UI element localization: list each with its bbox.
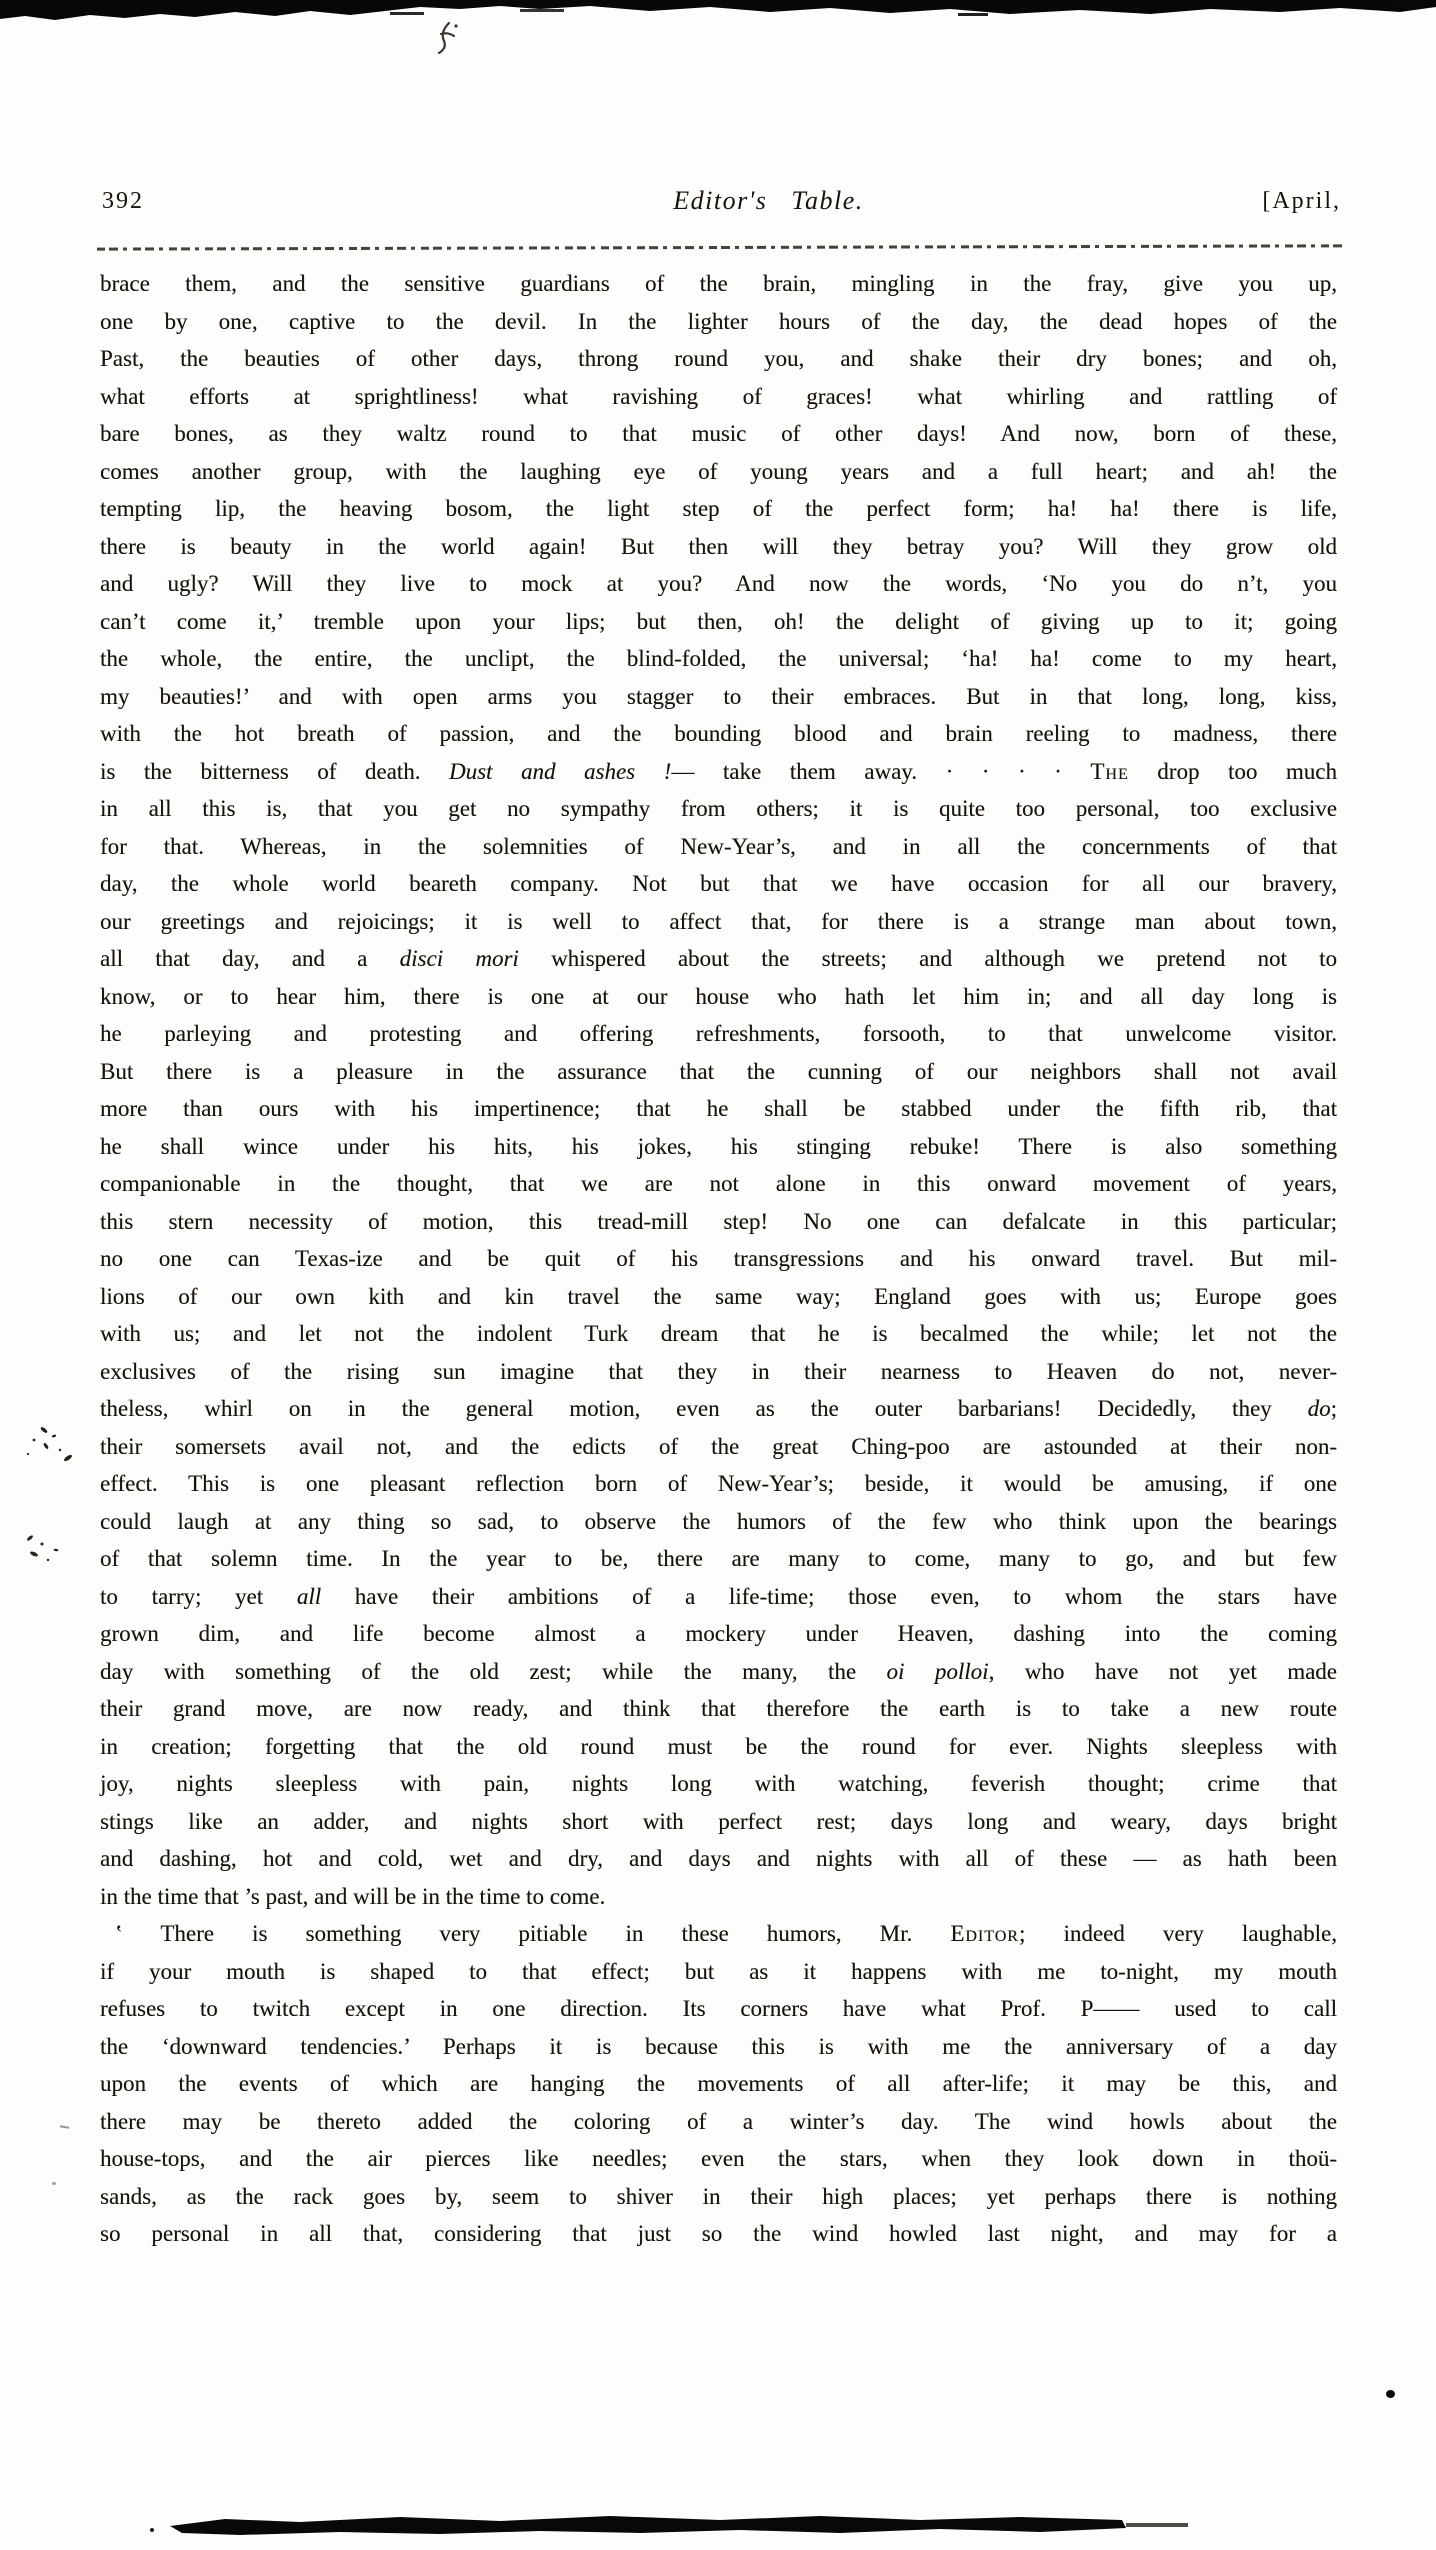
text-line: and dashing, hot and cold, wet and dry, … (100, 1840, 1337, 1878)
text-line: stings like an adder, and nights short w… (100, 1803, 1337, 1841)
text-line: Past, the beauties of other days, throng… (100, 340, 1337, 378)
page-header: 392 Editor's Table. [April, (100, 186, 1341, 222)
text-line: effect. This is one pleasant reflection … (100, 1465, 1337, 1503)
text-line: with the hot breath of passion, and the … (100, 715, 1337, 753)
text-line: this stern necessity of motion, this tre… (100, 1203, 1337, 1241)
text-line: there is beauty in the world again! But … (100, 528, 1337, 566)
issue-date: [April, (1262, 188, 1341, 215)
text-line: can’t come it,’ tremble upon your lips; … (100, 603, 1337, 641)
text-line: one by one, captive to the devil. In the… (100, 303, 1337, 341)
text-line: their grand move, are now ready, and thi… (100, 1690, 1337, 1728)
text-line: theless, whirl on in the general motion,… (100, 1390, 1337, 1428)
text-line: know, or to hear him, there is one at ou… (100, 978, 1337, 1016)
text-line: the whole, the entire, the unclipt, the … (100, 640, 1337, 678)
text-line: refuses to twitch except in one directio… (100, 1990, 1337, 2028)
text-line: joy, nights sleepless with pain, nights … (100, 1765, 1337, 1803)
text-line: and ugly? Will they live to mock at you?… (100, 565, 1337, 603)
text-line: day with something of the old zest; whil… (100, 1653, 1337, 1691)
page-number: 392 (102, 188, 144, 215)
text-line: upon the events of which are hanging the… (100, 2065, 1337, 2103)
text-line: in all this is, that you get no sympathy… (100, 790, 1337, 828)
text-line: if your mouth is shaped to that effect; … (100, 1953, 1337, 1991)
text-line: day, the whole world beareth company. No… (100, 865, 1337, 903)
text-line: sands, as the rack goes by, seem to shiv… (100, 2178, 1337, 2216)
text-line: to tarry; yet all have their ambitions o… (100, 1578, 1337, 1616)
ink-dot (1386, 2390, 1395, 2398)
scan-top-edge (0, 0, 1436, 60)
text-line: there may be thereto added the coloring … (100, 2103, 1337, 2141)
text-line: brace them, and the sensitive guardians … (100, 265, 1337, 303)
text-line: ‛ There is something very pitiable in th… (100, 1915, 1337, 1953)
text-line: grown dim, and life become almost a mock… (100, 1615, 1337, 1653)
text-line: he shall wince under his hits, his jokes… (100, 1128, 1337, 1166)
faint-pencil-dash (60, 2125, 69, 2129)
body-text: brace them, and the sensitive guardians … (100, 265, 1337, 2253)
text-line: no one can Texas-ize and be quit of his … (100, 1240, 1337, 1278)
text-line: could laugh at any thing so sad, to obse… (100, 1503, 1337, 1541)
header-rule (97, 244, 1343, 250)
text-line: more than ours with his impertinence; th… (100, 1090, 1337, 1128)
text-line: But there is a pleasure in the assurance… (100, 1053, 1337, 1091)
text-line: comes another group, with the laughing e… (100, 453, 1337, 491)
text-line: bare bones, as they waltz round to that … (100, 415, 1337, 453)
text-line: exclusives of the rising sun imagine tha… (100, 1353, 1337, 1391)
text-line: companionable in the thought, that we ar… (100, 1165, 1337, 1203)
pen-squiggle-mark (439, 23, 454, 53)
text-line: house-tops, and the air pierces like nee… (100, 2140, 1337, 2178)
text-line: all that day, and a disci mori whispered… (100, 940, 1337, 978)
scanned-book-page: 392 Editor's Table. [April, brace them, … (0, 0, 1436, 2550)
text-line: so personal in all that, considering tha… (100, 2215, 1337, 2253)
faint-pencil-dot (52, 2182, 56, 2185)
text-line: for that. Whereas, in the solemnities of… (100, 828, 1337, 866)
text-line: is the bitterness of death. Dust and ash… (100, 753, 1337, 791)
text-line: tempting lip, the heaving bosom, the lig… (100, 490, 1337, 528)
ink-smudge-cluster-upper (16, 1420, 96, 1480)
text-line: what efforts at sprightliness! what ravi… (100, 378, 1337, 416)
text-line: in the time that ’s past, and will be in… (100, 1878, 1337, 1916)
scan-bottom-edge (0, 2505, 1436, 2550)
text-line: of that solemn time. In the year to be, … (100, 1540, 1337, 1578)
text-line: lions of our own kith and kin travel the… (100, 1278, 1337, 1316)
ink-smudge-cluster-lower (14, 1528, 84, 1578)
text-line: he parleying and protesting and offering… (100, 1015, 1337, 1053)
text-line: the ‘downward tendencies.’ Perhaps it is… (100, 2028, 1337, 2066)
running-title: Editor's Table. (673, 186, 863, 216)
text-line: in creation; forgetting that the old rou… (100, 1728, 1337, 1766)
text-line: their somersets avail not, and the edict… (100, 1428, 1337, 1466)
text-line: with us; and let not the indolent Turk d… (100, 1315, 1337, 1353)
text-line: our greetings and rejoicings; it is well… (100, 903, 1337, 941)
text-line: my beauties!’ and with open arms you sta… (100, 678, 1337, 716)
